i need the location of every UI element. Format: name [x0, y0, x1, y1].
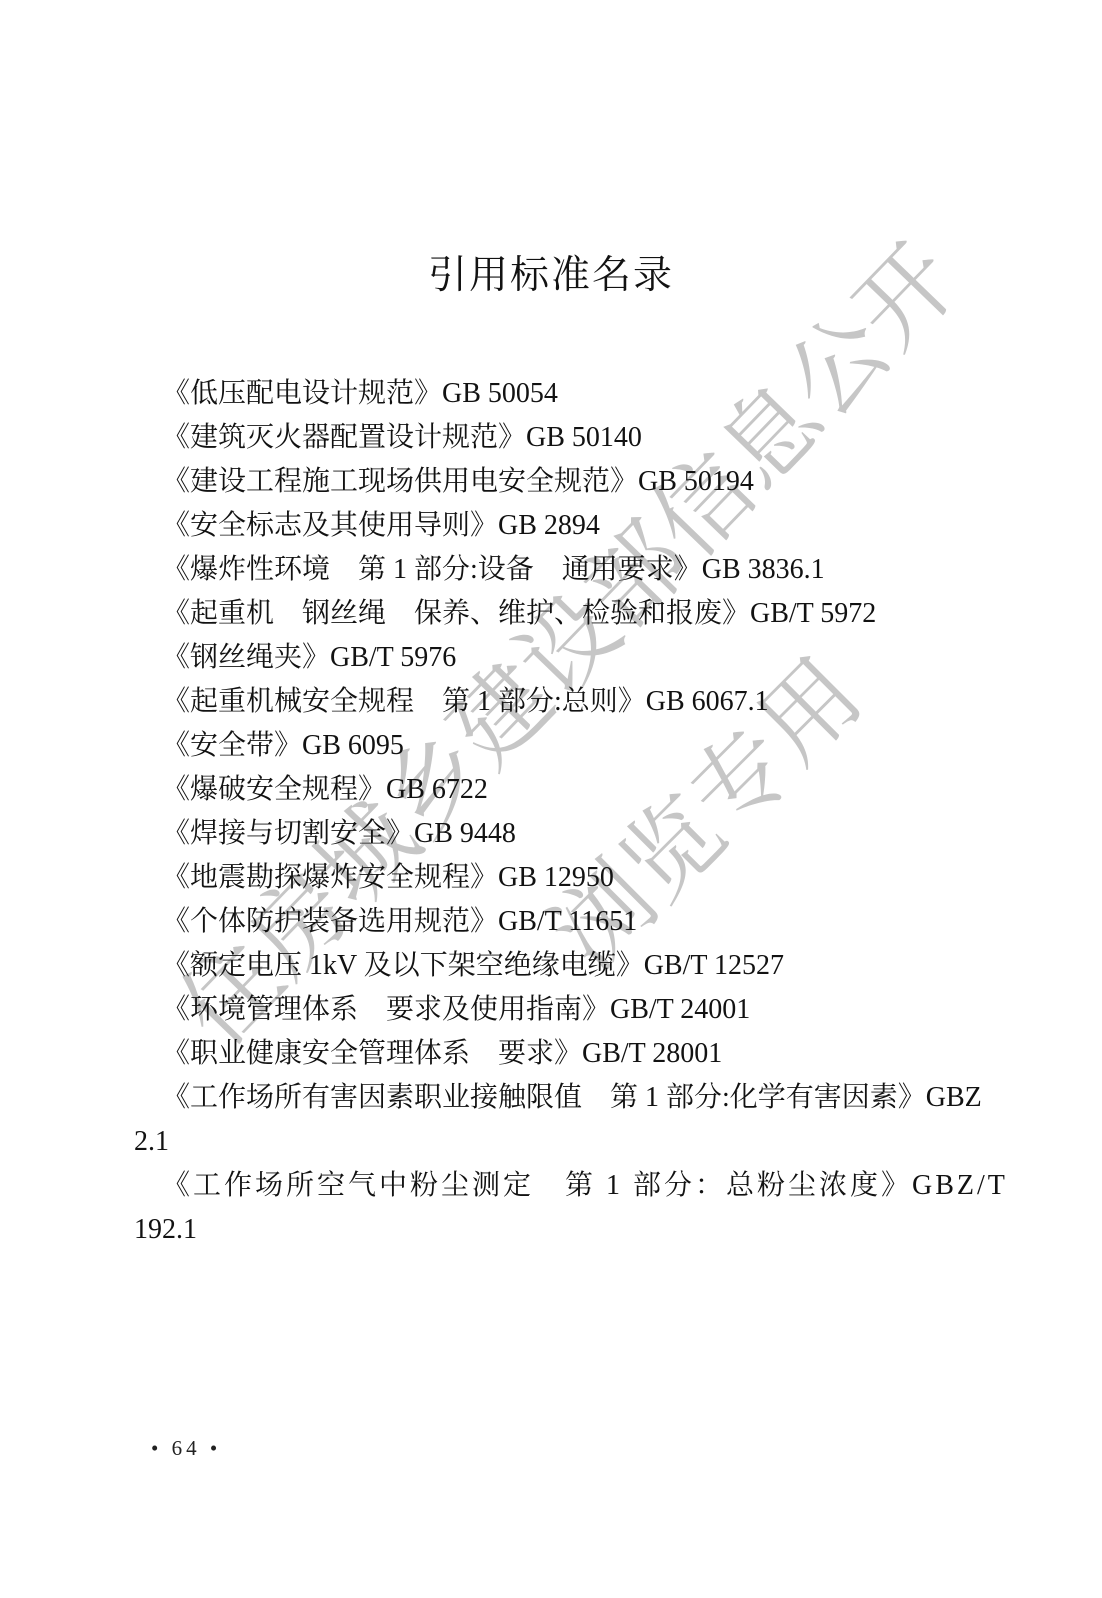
- standard-line: 《起重机械安全规程 第 1 部分:总则》GB 6067.1: [134, 680, 974, 724]
- standard-line: 《起重机 钢丝绳 保养、维护、检验和报废》GB/T 5972: [134, 592, 974, 636]
- standard-line: 《钢丝绳夹》GB/T 5976: [134, 636, 974, 680]
- standard-line: 《安全标志及其使用导则》GB 2894: [134, 504, 974, 548]
- standard-line: 《工作场所有害因素职业接触限值 第 1 部分:化学有害因素》GBZ: [134, 1076, 974, 1120]
- standard-line: 《建筑灭火器配置设计规范》GB 50140: [134, 416, 974, 460]
- document-page: 住房城乡建设部信息公开 浏览专用 引用标准名录 《低压配电设计规范》GB 500…: [0, 0, 1102, 1598]
- standard-line: 《安全带》GB 6095: [134, 724, 974, 768]
- standards-list: 《低压配电设计规范》GB 50054 《建筑灭火器配置设计规范》GB 50140…: [134, 372, 974, 1252]
- standard-line: 《额定电压 1kV 及以下架空绝缘电缆》GB/T 12527: [134, 944, 974, 988]
- standard-line-continuation: 192.1: [134, 1208, 974, 1252]
- standard-line: 《工作场所空气中粉尘测定 第 1 部分：总粉尘浓度》GBZ/T: [134, 1164, 974, 1208]
- standard-line-continuation: 2.1: [134, 1120, 974, 1164]
- standard-line: 《个体防护装备选用规范》GB/T 11651: [134, 900, 974, 944]
- standard-line: 《爆炸性环境 第 1 部分:设备 通用要求》GB 3836.1: [134, 548, 974, 592]
- standard-line: 《爆破安全规程》GB 6722: [134, 768, 974, 812]
- standard-line: 《地震勘探爆炸安全规程》GB 12950: [134, 856, 974, 900]
- standard-line: 《建设工程施工现场供用电安全规范》GB 50194: [134, 460, 974, 504]
- page-number: • 64 •: [151, 1436, 221, 1461]
- standard-line: 《焊接与切割安全》GB 9448: [134, 812, 974, 856]
- standard-line: 《低压配电设计规范》GB 50054: [134, 372, 974, 416]
- page-title: 引用标准名录: [0, 244, 1102, 300]
- standard-line: 《环境管理体系 要求及使用指南》GB/T 24001: [134, 988, 974, 1032]
- standard-line: 《职业健康安全管理体系 要求》GB/T 28001: [134, 1032, 974, 1076]
